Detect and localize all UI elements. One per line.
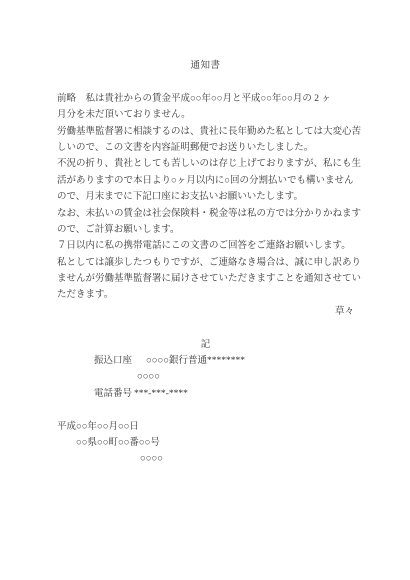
sender-address: ○○県○○町○○番○○号: [57, 435, 354, 451]
phone-number-row: 電話番号***-***-****: [57, 386, 354, 402]
page-title: 通知書: [57, 58, 354, 74]
body-line: ので、ご計算お願いします。: [57, 222, 354, 238]
body-line: なお、未払いの賃金は社会保険料・税金等は私の方では分かりかねます: [57, 206, 354, 222]
sender-name: ○○○○: [57, 451, 354, 467]
record-heading: 記: [57, 337, 354, 353]
closing-salutation: 草々: [57, 304, 354, 320]
phone-number-label: 電話番号: [94, 386, 134, 402]
body-line: 労働基準監督署に相談するのは、貴社に長年勤めた私としては大変心苦: [57, 124, 354, 140]
body-line: 活がありますので本日より○ヶ月以内に○回の分割払いでも構いません: [57, 173, 354, 189]
body-line: 私としては譲歩したつもりですが、ご連絡なき場合は、誠に申し訳あり: [57, 255, 354, 271]
bank-account-row: 振込口座○○○○銀行普通********: [57, 353, 354, 369]
date-line: 平成○○年○○月○○日: [57, 419, 354, 435]
body-line: ただきます。: [57, 287, 354, 303]
body-line: しいので、この文書を内容証明郵便でお送りいたしました。: [57, 140, 354, 156]
phone-number-value: ***-***-****: [134, 389, 188, 399]
body-line: 前略 私は貴社からの賃金平成○○年○○月と平成○○年○○月の 2 ヶ: [57, 91, 354, 107]
blank-line: [57, 402, 354, 418]
body-line: ７日以内に私の携帯電話にこの文書のご回答をご連絡お願いします。: [57, 238, 354, 254]
body-line: ませんが労働基準監督署に届けさせていただきますことを通知させてい: [57, 271, 354, 287]
bank-account-label: 振込口座: [94, 353, 146, 369]
bank-account-value: ○○○○銀行普通********: [146, 356, 245, 366]
letter-document: 通知書 前略 私は貴社からの賃金平成○○年○○月と平成○○年○○月の 2 ヶ月分…: [0, 0, 410, 580]
body-line: ので、月末までに下記口座にお支払いお願いいたします。: [57, 189, 354, 205]
letter-body: 前略 私は貴社からの賃金平成○○年○○月と平成○○年○○月の 2 ヶ月分を未だ頂…: [57, 91, 354, 304]
blank-line: [57, 320, 354, 336]
body-line: 不況の折り、貴社としても苦しいのは存じ上げておりますが、私にも生: [57, 156, 354, 172]
body-line: 月分を未だ頂いておりません。: [57, 107, 354, 123]
account-holder-name: ○○○○: [57, 369, 354, 385]
blank-line: [57, 74, 354, 90]
